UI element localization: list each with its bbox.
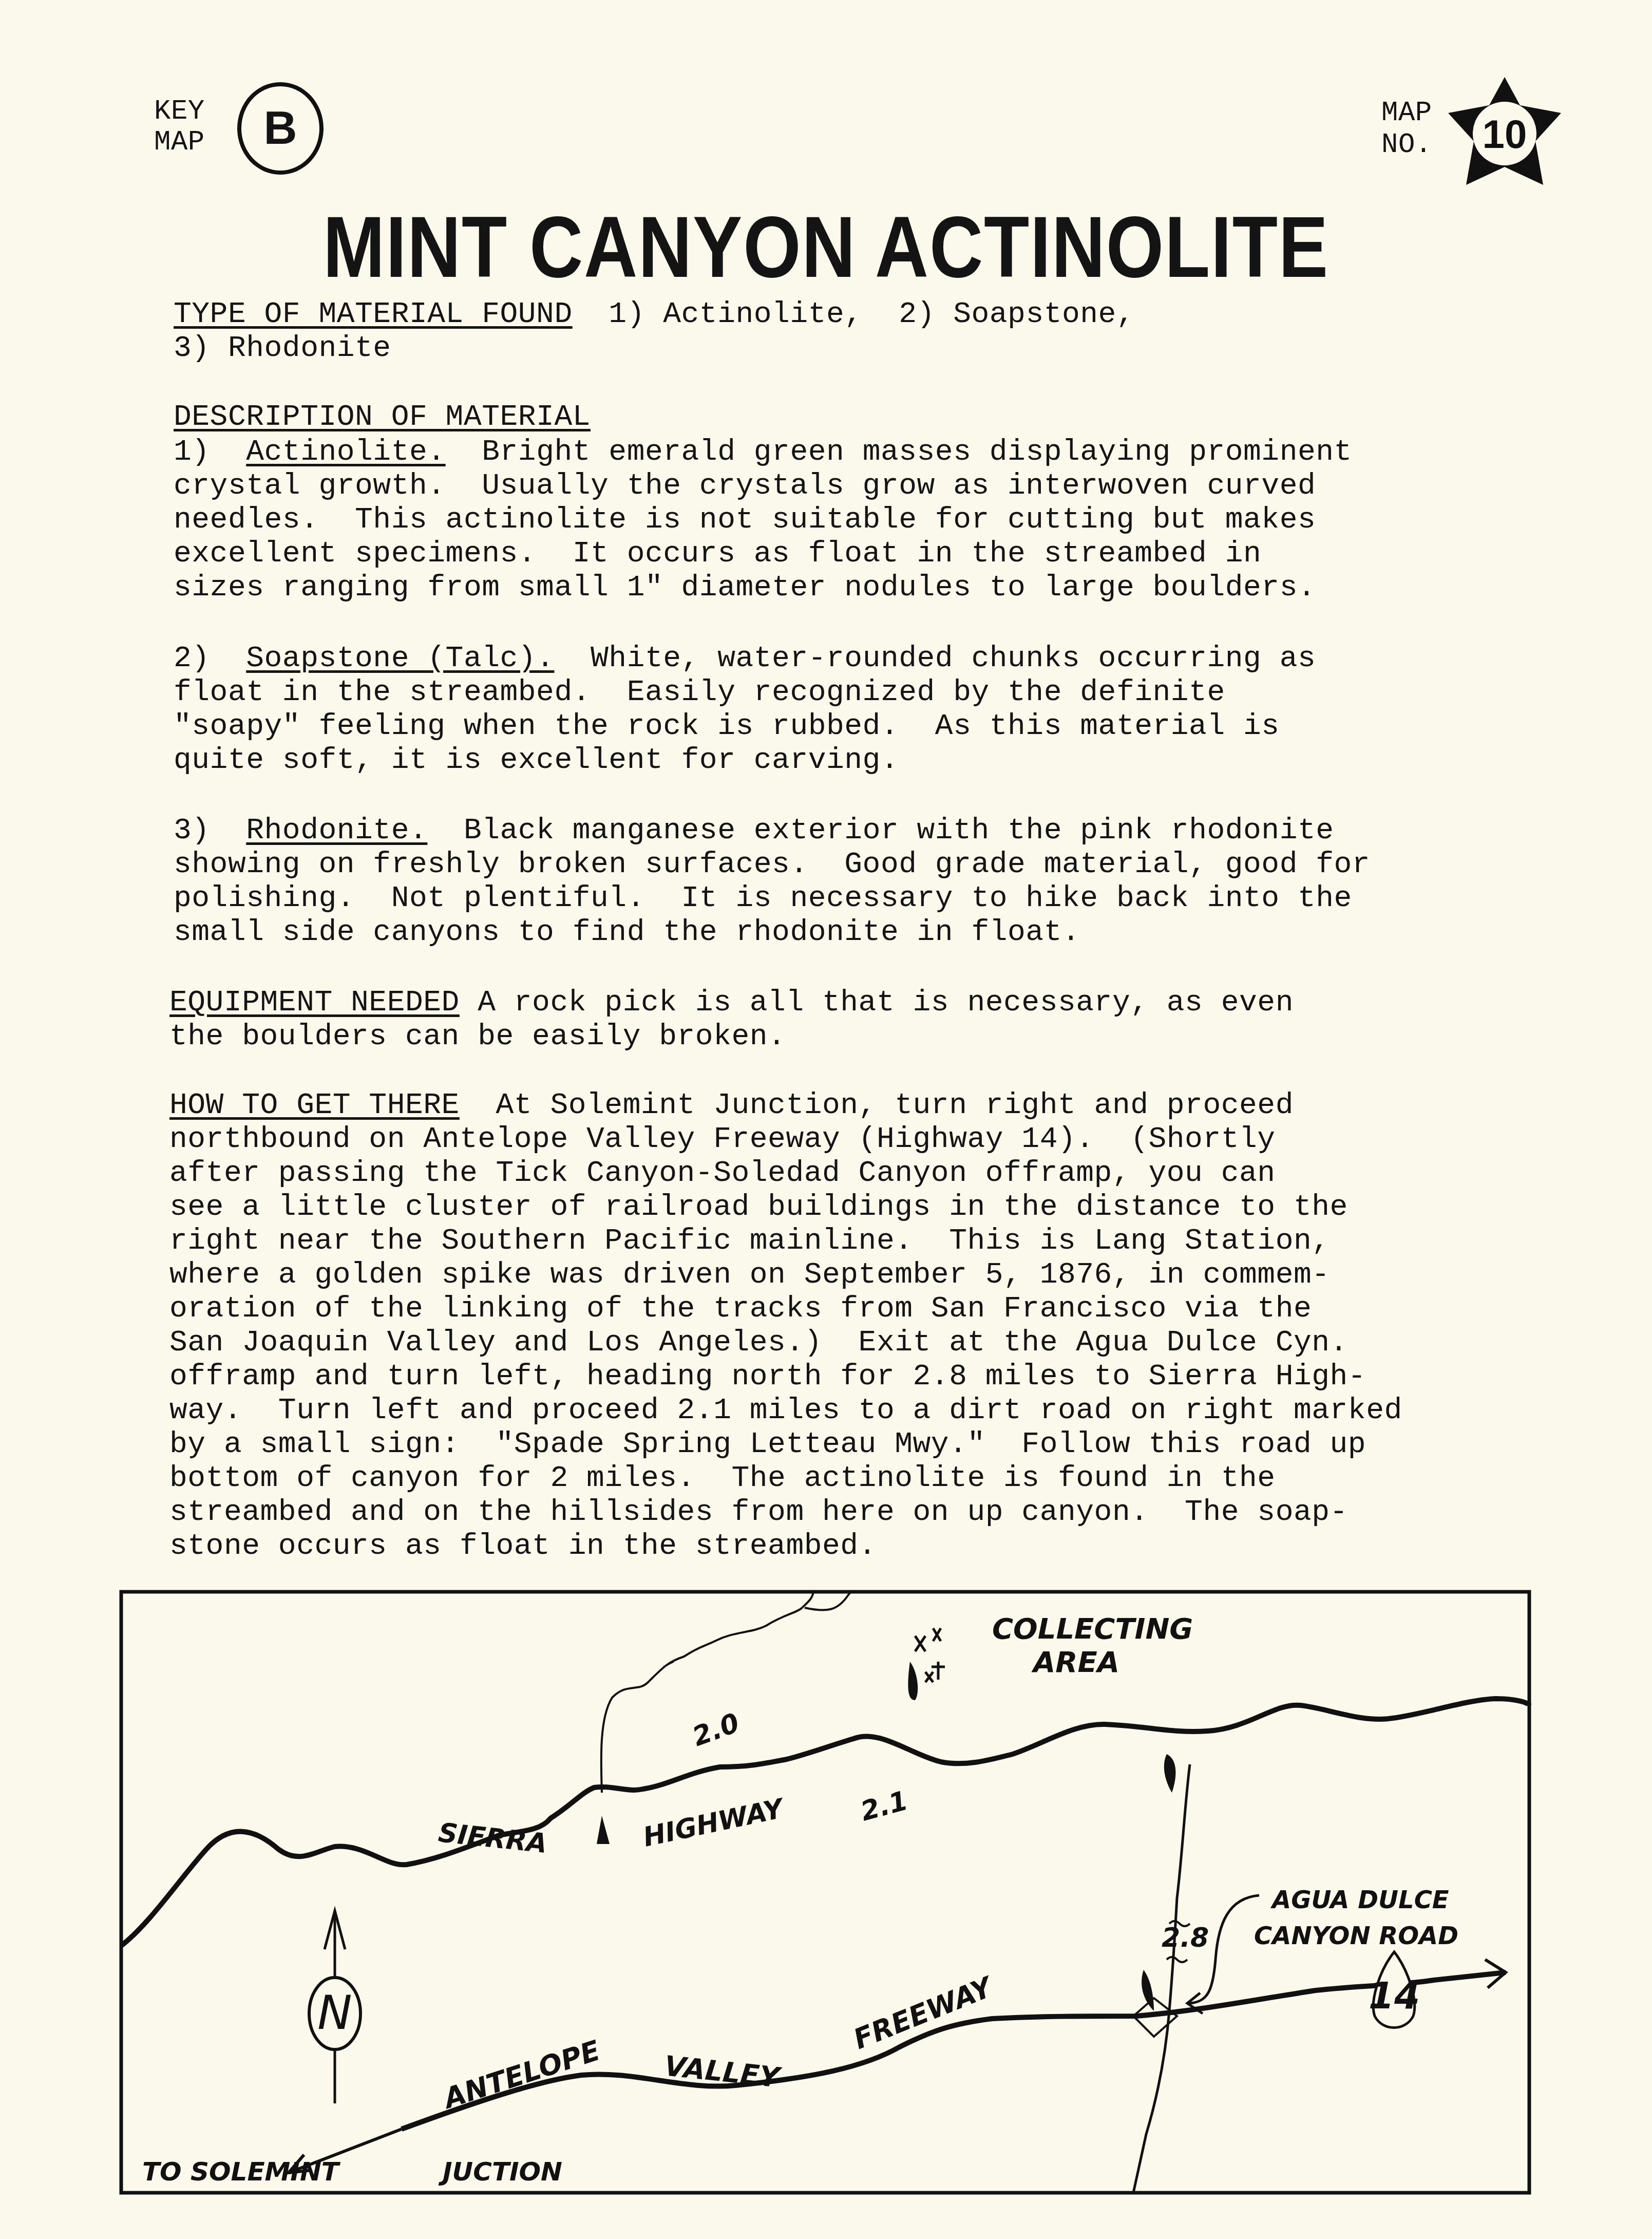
item-number: 1) bbox=[174, 436, 246, 469]
item-name: Rhodonite. bbox=[246, 814, 427, 848]
item-text: Bright emerald green masses displaying p… bbox=[446, 436, 1352, 469]
canyon-line-1 bbox=[802, 1592, 813, 1608]
directions-line: way. Turn left and proceed 2.1 miles to … bbox=[169, 1394, 1402, 1427]
item-line: sizes ranging from small 1" diameter nod… bbox=[174, 571, 1316, 605]
directions-line: bottom of canyon for 2 miles. The actino… bbox=[169, 1462, 1276, 1495]
collecting-area-marks-icon bbox=[915, 1628, 945, 1682]
directions-line: by a small sign: "Spade Spring Letteau M… bbox=[169, 1428, 1366, 1461]
to-solemint-label: TO SOLEMINT bbox=[142, 2157, 341, 2187]
item-line: excellent specimens. It occurs as float … bbox=[174, 537, 1261, 571]
item-text: Black manganese exterior with the pink r… bbox=[427, 814, 1334, 848]
item-line: "soapy" feeling when the rock is rubbed.… bbox=[174, 710, 1280, 743]
item-line: polishing. Not plentiful. It is necessar… bbox=[174, 882, 1352, 915]
highway-label: HIGHWAY bbox=[640, 1793, 788, 1853]
route-map: 14 N COLLECTING AREA 2.0 2.1 2.8 SIERRA … bbox=[119, 1590, 1531, 2195]
distance-2-0: 2.0 bbox=[689, 1707, 744, 1753]
key-map-badge: B bbox=[237, 82, 324, 175]
page-title: MINT CANYON ACTINOLITE bbox=[116, 198, 1536, 297]
turn-marker-sierra-icon bbox=[1164, 1754, 1176, 1793]
directions-heading: HOW TO GET THERE bbox=[169, 1089, 460, 1122]
distance-2-1: 2.1 bbox=[858, 1785, 912, 1828]
description-item-actinolite: 1) Actinolite. Bright emerald green mass… bbox=[174, 436, 1352, 605]
collecting-area-label-2: AREA bbox=[1031, 1646, 1119, 1679]
map-number-value: 10 bbox=[1483, 111, 1527, 157]
type-of-material-line1: TYPE OF MATERIAL FOUND 1) Actinolite, 2)… bbox=[174, 298, 1134, 332]
directions-text: At Solemint Junction, turn right and pro… bbox=[460, 1089, 1294, 1122]
item-line: needles. This actinolite is not suitable… bbox=[174, 503, 1316, 537]
item-number: 3) bbox=[174, 814, 246, 848]
distance-2-8: 2.8 bbox=[1162, 1923, 1209, 1953]
description-item-rhodonite: 3) Rhodonite. Black manganese exterior w… bbox=[174, 814, 1370, 950]
item-name: Actinolite. bbox=[246, 436, 445, 469]
item-line: showing on freshly broken surfaces. Good… bbox=[174, 848, 1370, 881]
directions-line: oration of the linking of the tracks fro… bbox=[169, 1292, 1312, 1326]
key-map-label: KEY MAP bbox=[154, 97, 205, 158]
canyon-line-2 bbox=[805, 1592, 851, 1610]
description-heading-text: DESCRIPTION OF MATERIAL bbox=[174, 401, 591, 434]
agua-dulce-label-2: CANYON ROAD bbox=[1254, 1922, 1458, 1950]
directions-section: HOW TO GET THERE At Solemint Junction, t… bbox=[169, 1089, 1402, 1564]
freeway-label-3: FREEWAY bbox=[849, 1970, 999, 2056]
collecting-area-marker-icon bbox=[908, 1662, 918, 1700]
item-name: Soapstone (Talc). bbox=[246, 642, 554, 675]
north-label: N bbox=[317, 1986, 352, 2040]
description-heading: DESCRIPTION OF MATERIAL bbox=[174, 401, 591, 435]
equipment-text: A rock pick is all that is necessary, as… bbox=[460, 986, 1294, 1020]
route-14-label: 14 bbox=[1369, 1974, 1420, 2017]
directions-line: stone occurs as float in the streambed. bbox=[169, 1530, 877, 1563]
directions-line: streambed and on the hillsides from here… bbox=[169, 1496, 1348, 1529]
map-number-label: MAP NO. bbox=[1381, 98, 1432, 161]
item-line: crystal growth. Usually the crystals gro… bbox=[174, 469, 1316, 503]
collecting-area-label-1: COLLECTING bbox=[992, 1612, 1193, 1646]
equipment-heading: EQUIPMENT NEEDED bbox=[169, 986, 460, 1020]
item-number: 2) bbox=[174, 642, 246, 675]
map-number-star-icon: 10 bbox=[1446, 77, 1564, 187]
sierra-highway-marker-icon bbox=[597, 1816, 610, 1844]
directions-line: after passing the Tick Canyon-Soledad Ca… bbox=[169, 1157, 1276, 1190]
equipment-line: the boulders can be easily broken. bbox=[169, 1020, 786, 1053]
freeway-label-2: VALLEY bbox=[663, 2049, 784, 2094]
type-of-material-heading: TYPE OF MATERIAL FOUND bbox=[174, 298, 573, 331]
directions-line: northbound on Antelope Valley Freeway (H… bbox=[169, 1123, 1276, 1156]
item-line: small side canyons to find the rhodonite… bbox=[174, 916, 1080, 949]
directions-line: San Joaquin Valley and Los Angeles.) Exi… bbox=[169, 1326, 1348, 1360]
agua-dulce-label-1: AGUA DULCE bbox=[1270, 1886, 1449, 1914]
key-map-letter: B bbox=[264, 102, 297, 155]
item-line: quite soft, it is excellent for carving. bbox=[174, 744, 899, 777]
type-of-material-list: 1) Actinolite, 2) Soapstone, bbox=[573, 298, 1134, 331]
directions-line: offramp and turn left, heading north for… bbox=[169, 1360, 1366, 1394]
item-line: float in the streambed. Easily recognize… bbox=[174, 676, 1225, 709]
directions-line: where a golden spike was driven on Septe… bbox=[169, 1258, 1330, 1292]
equipment-section: EQUIPMENT NEEDED A rock pick is all that… bbox=[169, 986, 1294, 1054]
description-item-soapstone: 2) Soapstone (Talc). White, water-rounde… bbox=[174, 642, 1316, 778]
juction-label: JUCTION bbox=[438, 2157, 562, 2187]
directions-line: see a little cluster of railroad buildin… bbox=[169, 1191, 1348, 1224]
item-text: White, water-rounded chunks occurring as bbox=[554, 642, 1316, 675]
dirt-road-to-collecting-area bbox=[601, 1608, 802, 1793]
directions-line: right near the Southern Pacific mainline… bbox=[169, 1225, 1330, 1258]
type-of-material-line2: 3) Rhodonite bbox=[174, 332, 391, 366]
north-arrow-icon: N bbox=[309, 1911, 360, 2103]
